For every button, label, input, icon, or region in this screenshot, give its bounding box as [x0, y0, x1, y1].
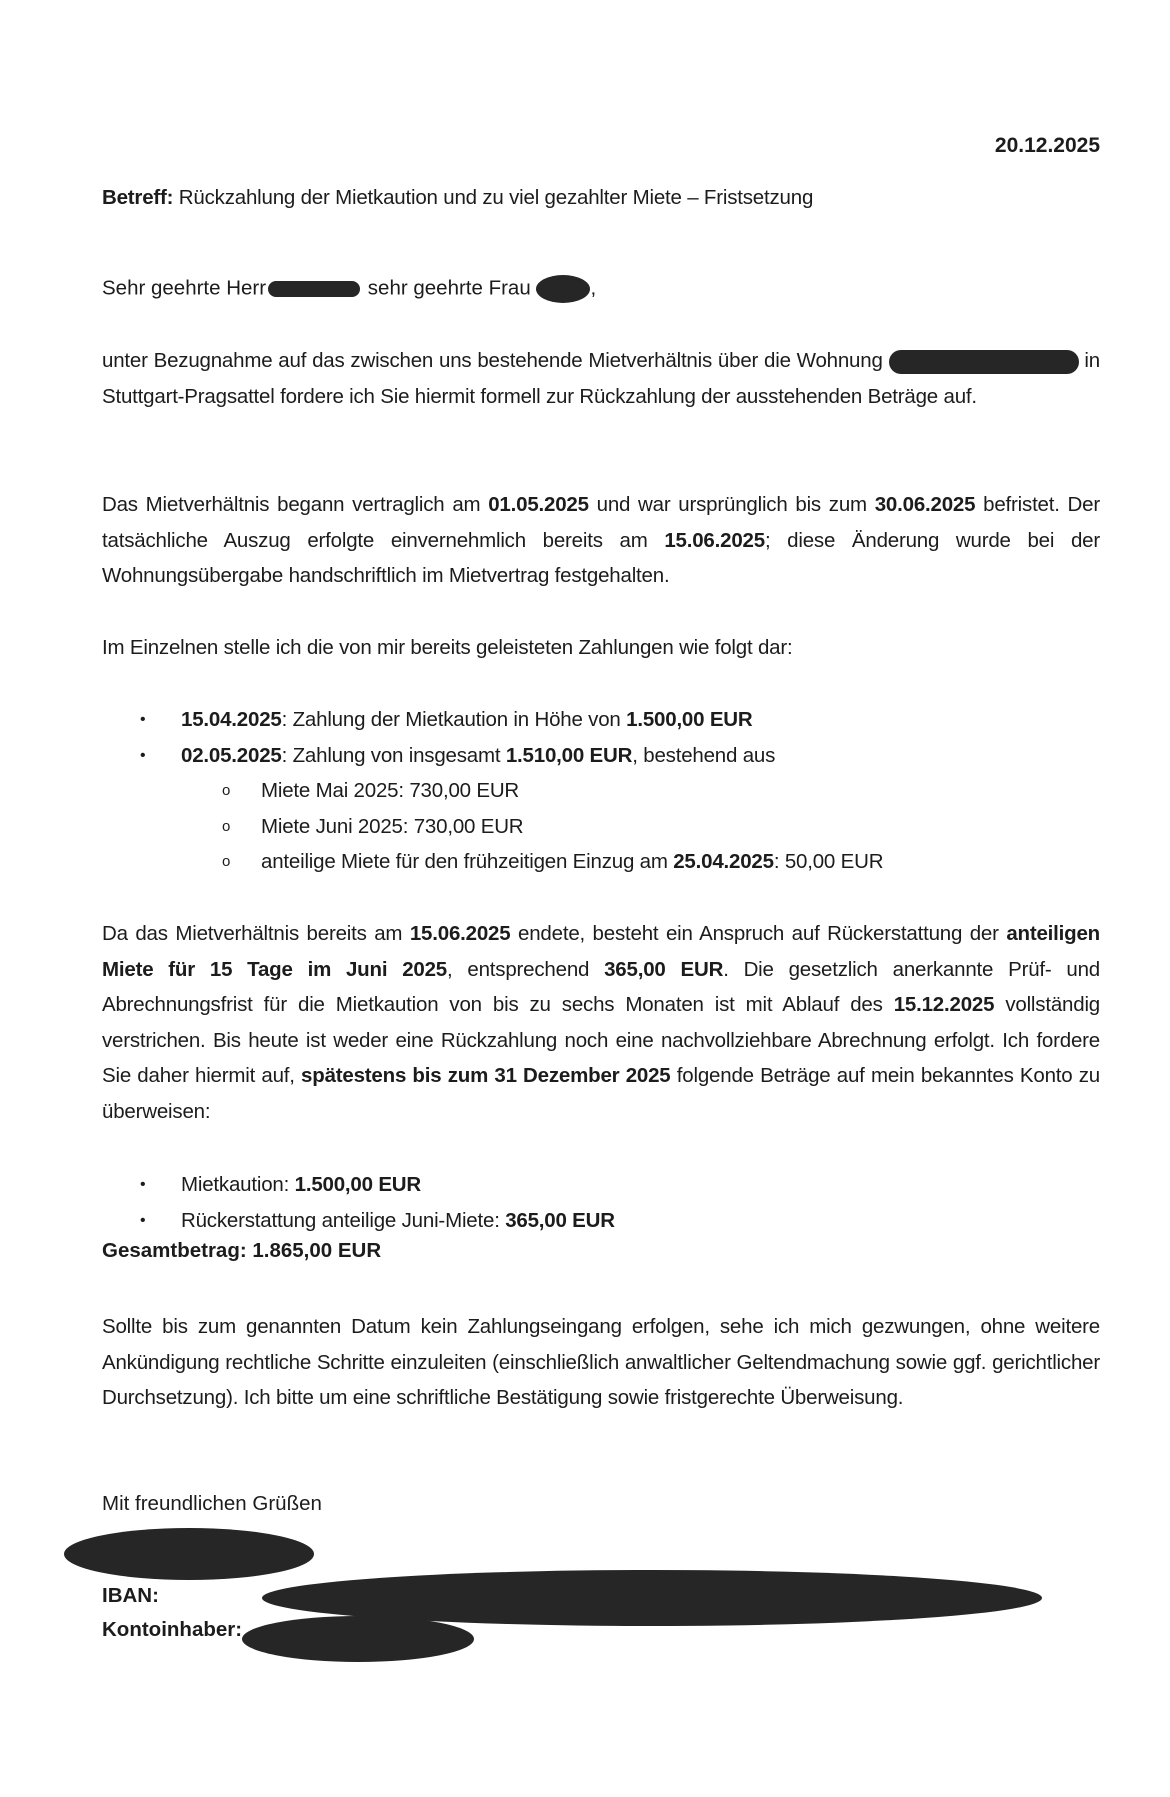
subject-line: Betreff: Rückzahlung der Mietkaution und…	[102, 186, 813, 210]
paragraph-tenancy: Das Mietverhältnis begann vertraglich am…	[102, 487, 1100, 594]
payment-item: •02.05.2025: Zahlung von insgesamt 1.510…	[102, 738, 1100, 774]
tenancy-start-date: 01.05.2025	[488, 493, 589, 516]
claim-label: Mietkaution:	[181, 1173, 295, 1196]
claim-t1: Da das Mietverhältnis bereits am	[102, 922, 410, 945]
breakdown-item: oanteilige Miete für den frühzeitigen Ei…	[102, 844, 1100, 880]
payment-breakdown-list: oMiete Mai 2025: 730,00 EUR oMiete Juni …	[102, 773, 1100, 880]
payment-date: 15.04.2025	[181, 708, 282, 731]
salutation-end: ,	[590, 276, 596, 299]
breakdown-date: 25.04.2025	[673, 850, 774, 873]
payment-text: : Zahlung von insgesamt	[282, 744, 506, 767]
payment-date: 02.05.2025	[181, 744, 282, 767]
breakdown-item: oMiete Juni 2025: 730,00 EUR	[102, 809, 1100, 845]
bullet-icon: •	[140, 1167, 145, 1203]
letter-date: 20.12.2025	[995, 134, 1100, 158]
redacted-name-2	[536, 275, 590, 303]
payment-amount: 1.500,00 EUR	[626, 708, 752, 731]
closing: Mit freundlichen Grüßen	[102, 1492, 322, 1516]
bullet-icon: •	[140, 702, 145, 738]
intro-text-a: unter Bezugnahme auf das zwischen uns be…	[102, 349, 889, 372]
salutation-part2: sehr geehrte Frau	[362, 276, 531, 299]
salutation: Sehr geehrte Herr sehr geehrte Frau ,	[102, 275, 596, 303]
breakdown-text: Miete Juni 2025: 730,00 EUR	[261, 815, 523, 838]
breakdown-amount: : 50,00 EUR	[774, 850, 883, 873]
circle-bullet-icon: o	[222, 773, 230, 809]
payment-suffix: , bestehend aus	[632, 744, 775, 767]
claim-deadline: spätestens bis zum 31 Dezember 2025	[301, 1064, 670, 1087]
paragraph-warning: Sollte bis zum genannten Datum kein Zahl…	[102, 1309, 1100, 1416]
total-amount: Gesamtbetrag: 1.865,00 EUR	[102, 1239, 381, 1263]
claim-value: 365,00 EUR	[505, 1209, 615, 1232]
redacted-address	[889, 350, 1079, 374]
paragraph-intro: unter Bezugnahme auf das zwischen uns be…	[102, 343, 1100, 414]
claim-t2: endete, besteht ein Anspruch auf Rückers…	[510, 922, 1006, 945]
breakdown-text: Miete Mai 2025: 730,00 EUR	[261, 779, 519, 802]
circle-bullet-icon: o	[222, 809, 230, 845]
redacted-account-holder	[242, 1616, 474, 1662]
move-out-date: 15.06.2025	[664, 529, 765, 552]
claim-value: 1.500,00 EUR	[295, 1173, 421, 1196]
claim-t3: , entsprechend	[447, 958, 604, 981]
claims-list: •Mietkaution: 1.500,00 EUR •Rückerstattu…	[102, 1167, 1100, 1238]
payment-text: : Zahlung der Mietkaution in Höhe von	[282, 708, 627, 731]
payment-item: •15.04.2025: Zahlung der Mietkaution in …	[102, 702, 1100, 738]
tenancy-t2: und war ursprünglich bis zum	[589, 493, 875, 516]
claim-end-date: 15.06.2025	[410, 922, 511, 945]
paragraph-claim: Da das Mietverhältnis bereits am 15.06.2…	[102, 916, 1100, 1129]
claim-label: Rückerstattung anteilige Juni-Miete:	[181, 1209, 505, 1232]
breakdown-text: anteilige Miete für den frühzeitigen Ein…	[261, 850, 673, 873]
iban-label: IBAN:	[102, 1584, 159, 1608]
payment-amount: 1.510,00 EUR	[506, 744, 632, 767]
account-holder-label: Kontoinhaber:	[102, 1618, 242, 1642]
paragraph-payments-intro: Im Einzelnen stelle ich die von mir bere…	[102, 630, 1100, 666]
redacted-signature	[64, 1528, 314, 1580]
bullet-icon: •	[140, 738, 145, 774]
claim-item: •Mietkaution: 1.500,00 EUR	[102, 1167, 1100, 1203]
claim-amount: 365,00 EUR	[604, 958, 723, 981]
subject-text: Rückzahlung der Mietkaution und zu viel …	[173, 186, 813, 209]
bullet-icon: •	[140, 1203, 145, 1239]
payments-list: •15.04.2025: Zahlung der Mietkaution in …	[102, 702, 1100, 773]
tenancy-end-date: 30.06.2025	[875, 493, 976, 516]
subject-label: Betreff:	[102, 186, 173, 209]
claim-deadline-expired: 15.12.2025	[894, 993, 995, 1016]
tenancy-t1: Das Mietverhältnis begann vertraglich am	[102, 493, 488, 516]
claim-item: •Rückerstattung anteilige Juni-Miete: 36…	[102, 1203, 1100, 1239]
circle-bullet-icon: o	[222, 844, 230, 880]
redacted-name-1	[268, 281, 360, 297]
breakdown-item: oMiete Mai 2025: 730,00 EUR	[102, 773, 1100, 809]
salutation-part1: Sehr geehrte Herr	[102, 276, 266, 299]
